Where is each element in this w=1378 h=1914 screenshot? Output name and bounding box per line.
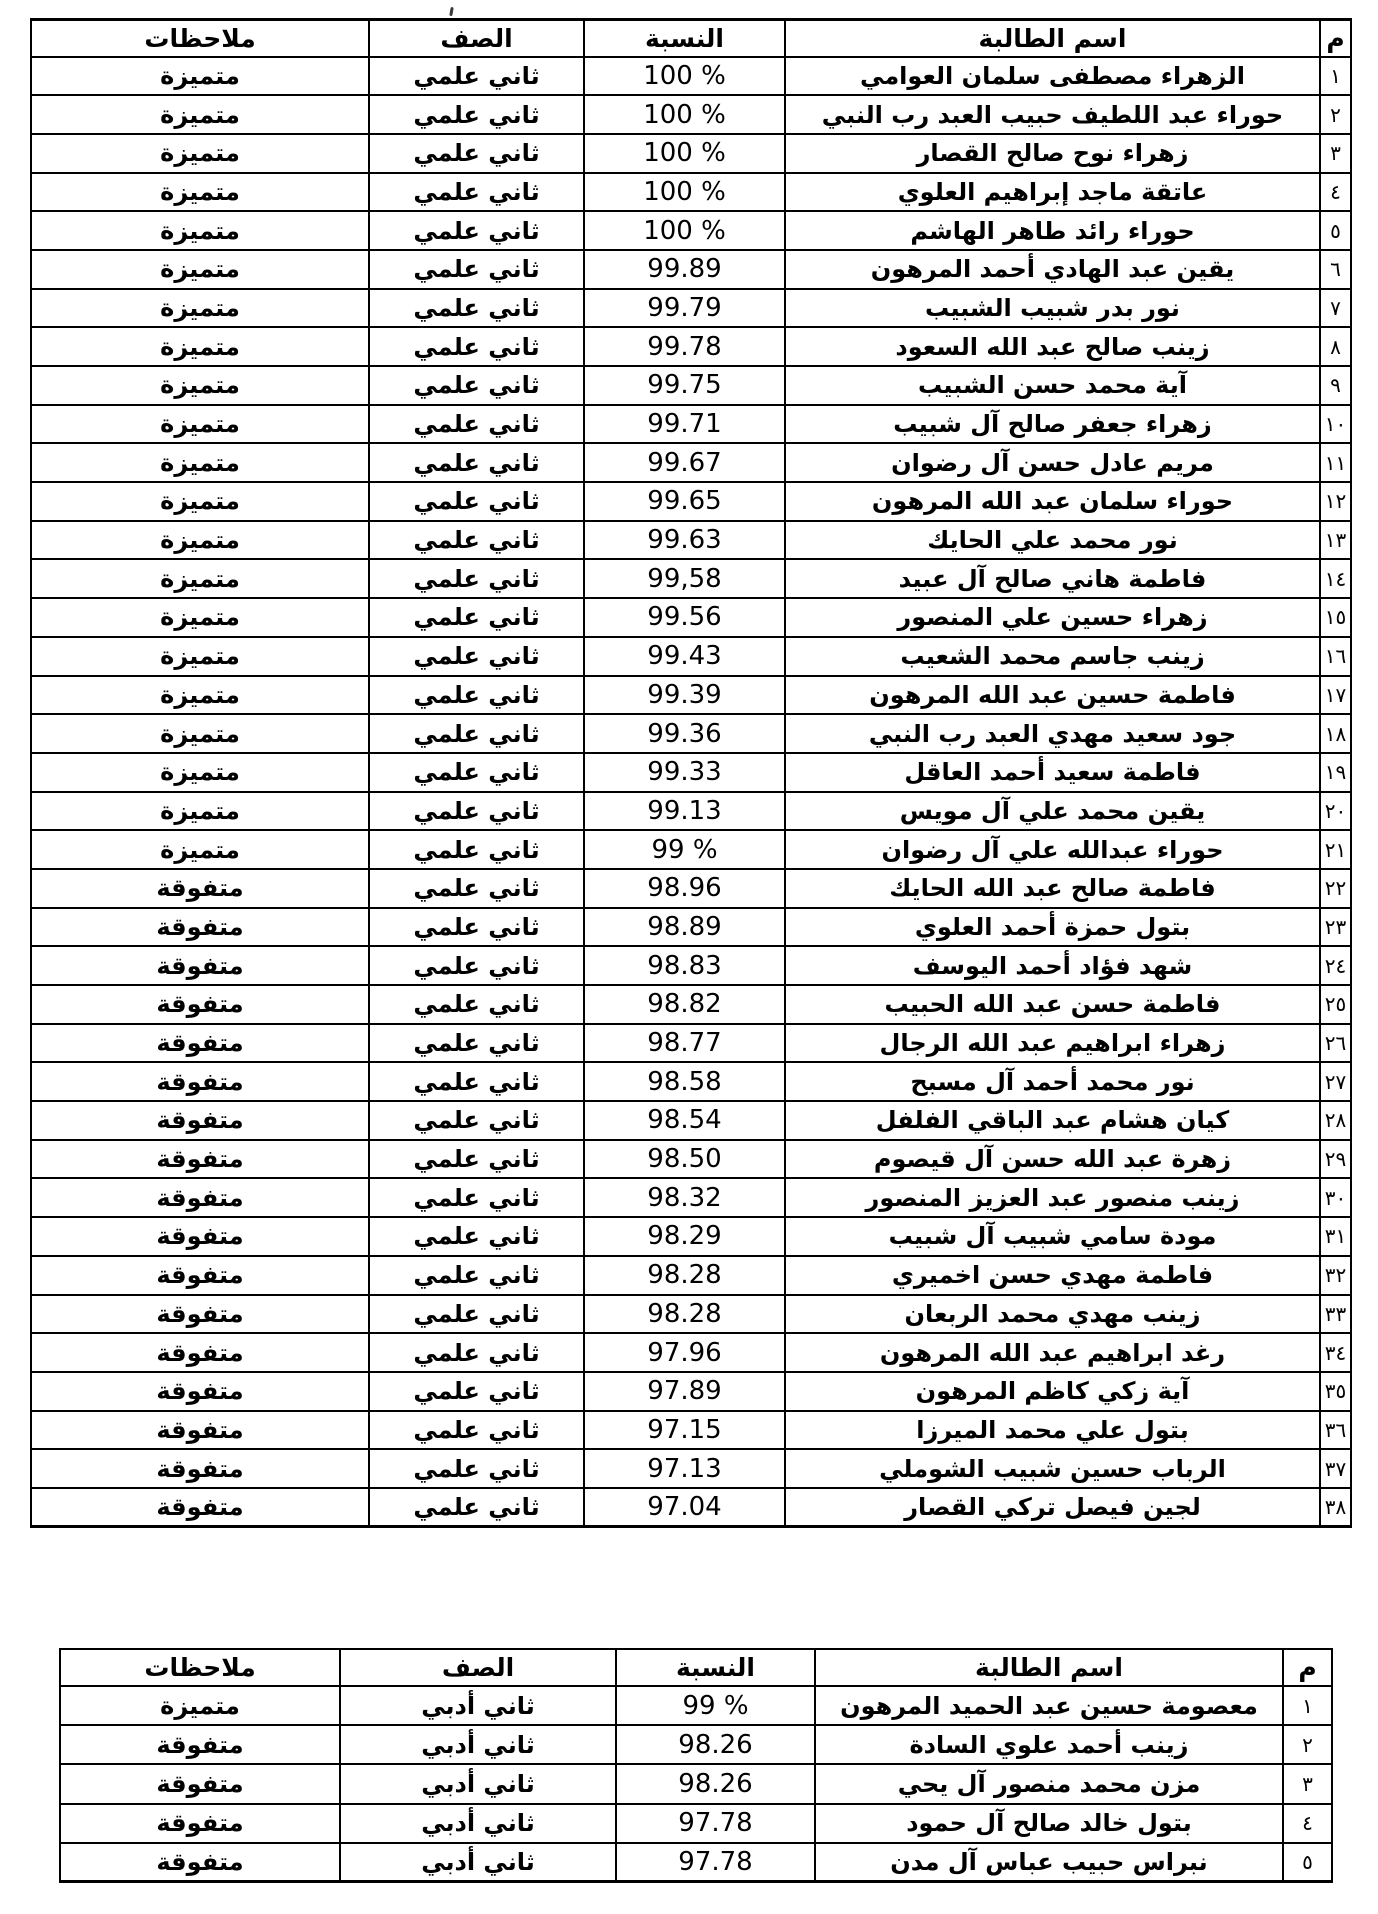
class-cell: ثاني علمي (369, 1062, 584, 1101)
header-row: م اسم الطالبة النسبة الصف ملاحظات (60, 1649, 1332, 1686)
table-row: ٢٨كيان هشام عبد الباقي الفلفل98.54ثاني ع… (31, 1101, 1351, 1140)
student-name-cell: آية زكي كاظم المرهون (785, 1372, 1320, 1411)
table-row: ٣٤رغد ابراهيم عبد الله المرهون97.96ثاني … (31, 1333, 1351, 1372)
notes-cell: متميزة (31, 289, 369, 328)
class-cell: ثاني علمي (369, 289, 584, 328)
percent-cell: 97.78 (616, 1843, 815, 1882)
header-class: الصف (340, 1649, 616, 1686)
percent-cell: 98.96 (584, 869, 785, 908)
percent-cell: 99.71 (584, 405, 785, 444)
table-row: ٣٠زينب منصور عبد العزيز المنصور98.32ثاني… (31, 1178, 1351, 1217)
notes-cell: متفوقة (60, 1843, 340, 1882)
notes-cell: متميزة (31, 830, 369, 869)
class-cell: ثاني علمي (369, 443, 584, 482)
student-name-cell: حوراء رائد طاهر الهاشم (785, 211, 1320, 250)
row-number-cell: ٥ (1283, 1843, 1332, 1882)
student-name-cell: فاطمة هاني صالح آل عبيد (785, 559, 1320, 598)
row-number-cell: ٢٣ (1320, 908, 1351, 947)
table-header: م اسم الطالبة النسبة الصف ملاحظات (60, 1649, 1332, 1686)
notes-cell: متميزة (31, 250, 369, 289)
student-name-cell: حوراء سلمان عبد الله المرهون (785, 482, 1320, 521)
percent-cell: 99.43 (584, 637, 785, 676)
student-name-cell: عاتقة ماجد إبراهيم العلوي (785, 173, 1320, 212)
notes-cell: متفوقة (31, 1449, 369, 1488)
table-row: ٤بتول خالد صالح آل حمود97.78ثاني أدبيمتف… (60, 1804, 1332, 1843)
class-cell: ثاني علمي (369, 637, 584, 676)
class-cell: ثاني علمي (369, 1024, 584, 1063)
student-name-cell: نور محمد علي الحايك (785, 521, 1320, 560)
student-name-cell: كيان هشام عبد الباقي الفلفل (785, 1101, 1320, 1140)
class-cell: ثاني علمي (369, 250, 584, 289)
student-name-cell: يقين عبد الهادي أحمد المرهون (785, 250, 1320, 289)
table-header: م اسم الطالبة النسبة الصف ملاحظات (31, 20, 1351, 57)
row-number-cell: ٢٧ (1320, 1062, 1351, 1101)
row-number-cell: ٢٢ (1320, 869, 1351, 908)
class-cell: ثاني علمي (369, 95, 584, 134)
student-name-cell: نور محمد أحمد آل مسبح (785, 1062, 1320, 1101)
row-number-cell: ٣٢ (1320, 1256, 1351, 1295)
percent-cell: 98.32 (584, 1178, 785, 1217)
percent-cell: 98.50 (584, 1140, 785, 1179)
table-row: ١٠زهراء جعفر صالح آل شبيب99.71ثاني علميم… (31, 405, 1351, 444)
notes-cell: متفوقة (31, 1372, 369, 1411)
notes-cell: متفوقة (31, 1411, 369, 1450)
row-number-cell: ٢١ (1320, 830, 1351, 869)
class-cell: ثاني علمي (369, 830, 584, 869)
class-cell: ثاني أدبي (340, 1804, 616, 1843)
student-name-cell: معصومة حسين عبد الحميد المرهون (815, 1686, 1283, 1725)
row-number-cell: ١١ (1320, 443, 1351, 482)
percent-cell: 97.89 (584, 1372, 785, 1411)
row-number-cell: ٣٤ (1320, 1333, 1351, 1372)
notes-cell: متميزة (31, 366, 369, 405)
row-number-cell: ٢٤ (1320, 946, 1351, 985)
notes-cell: متميزة (31, 57, 369, 96)
class-cell: ثاني علمي (369, 908, 584, 947)
row-number-cell: ٤ (1320, 173, 1351, 212)
percent-cell: 98.83 (584, 946, 785, 985)
table-row: ١الزهراء مصطفى سلمان العوامي100 %ثاني عل… (31, 57, 1351, 96)
notes-cell: متفوقة (31, 1488, 369, 1527)
table-body: ١الزهراء مصطفى سلمان العوامي100 %ثاني عل… (31, 57, 1351, 1527)
class-cell: ثاني علمي (369, 1217, 584, 1256)
percent-cell: 98.54 (584, 1101, 785, 1140)
percent-cell: 97.04 (584, 1488, 785, 1527)
student-name-cell: زهراء جعفر صالح آل شبيب (785, 405, 1320, 444)
student-name-cell: الزهراء مصطفى سلمان العوامي (785, 57, 1320, 96)
row-number-cell: ١ (1320, 57, 1351, 96)
document-page: { "tables": [ { "section": "science", "h… (0, 0, 1378, 1914)
table-row: ٣٧الرباب حسين شبيب الشوملي97.13ثاني علمي… (31, 1449, 1351, 1488)
student-name-cell: آية محمد حسن الشبيب (785, 366, 1320, 405)
student-name-cell: فاطمة مهدي حسن اخميري (785, 1256, 1320, 1295)
class-cell: ثاني علمي (369, 1295, 584, 1334)
class-cell: ثاني أدبي (340, 1764, 616, 1803)
percent-cell: 99.89 (584, 250, 785, 289)
percent-cell: 98.58 (584, 1062, 785, 1101)
table-row: ٢٣بتول حمزة أحمد العلوي98.89ثاني علميمتف… (31, 908, 1351, 947)
class-cell: ثاني أدبي (340, 1686, 616, 1725)
table-row: ١١مريم عادل حسن آل رضوان99.67ثاني علميمت… (31, 443, 1351, 482)
row-number-cell: ١٨ (1320, 714, 1351, 753)
student-name-cell: جود سعيد مهدي العبد رب النبي (785, 714, 1320, 753)
student-name-cell: زهراء حسين علي المنصور (785, 598, 1320, 637)
class-cell: ثاني علمي (369, 792, 584, 831)
row-number-cell: ١٥ (1320, 598, 1351, 637)
row-number-cell: ٢ (1283, 1725, 1332, 1764)
percent-cell: 100 % (584, 134, 785, 173)
header-percent: النسبة (584, 20, 785, 57)
student-name-cell: رغد ابراهيم عبد الله المرهون (785, 1333, 1320, 1372)
percent-cell: 98.26 (616, 1764, 815, 1803)
notes-cell: متفوقة (31, 1024, 369, 1063)
notes-cell: متميزة (31, 173, 369, 212)
table-row: ٣٦بتول علي محمد الميرزا97.15ثاني علميمتف… (31, 1411, 1351, 1450)
student-name-cell: فاطمة حسين عبد الله المرهون (785, 676, 1320, 715)
class-cell: ثاني علمي (369, 559, 584, 598)
row-number-cell: ٣٥ (1320, 1372, 1351, 1411)
notes-cell: متميزة (31, 598, 369, 637)
grades-table-science-section: م اسم الطالبة النسبة الصف ملاحظات ١الزهر… (30, 18, 1352, 1528)
notes-cell: متفوقة (31, 1217, 369, 1256)
table-row: ١٩فاطمة سعيد أحمد العاقل99.33ثاني علميمت… (31, 753, 1351, 792)
notes-cell: متميزة (31, 559, 369, 598)
student-name-cell: نبراس حبيب عباس آل مدن (815, 1843, 1283, 1882)
percent-cell: 99.56 (584, 598, 785, 637)
student-name-cell: زينب صالح عبد الله السعود (785, 327, 1320, 366)
percent-cell: 99.33 (584, 753, 785, 792)
table-body: ١معصومة حسين عبد الحميد المرهون99 %ثاني … (60, 1686, 1332, 1882)
header-notes: ملاحظات (31, 20, 369, 57)
table-row: ٢حوراء عبد اللطيف حبيب العبد رب النبي100… (31, 95, 1351, 134)
row-number-cell: ٧ (1320, 289, 1351, 328)
class-cell: ثاني علمي (369, 1411, 584, 1450)
notes-cell: متفوقة (31, 1256, 369, 1295)
student-name-cell: بتول علي محمد الميرزا (785, 1411, 1320, 1450)
class-cell: ثاني أدبي (340, 1725, 616, 1764)
notes-cell: متميزة (31, 714, 369, 753)
table-row: ٢زينب أحمد علوي السادة98.26ثاني أدبيمتفو… (60, 1725, 1332, 1764)
row-number-cell: ١٣ (1320, 521, 1351, 560)
table-row: ٣٥آية زكي كاظم المرهون97.89ثاني علميمتفو… (31, 1372, 1351, 1411)
row-number-cell: ١ (1283, 1686, 1332, 1725)
class-cell: ثاني علمي (369, 1333, 584, 1372)
header-number: م (1283, 1649, 1332, 1686)
student-name-cell: بتول خالد صالح آل حمود (815, 1804, 1283, 1843)
percent-cell: 98.77 (584, 1024, 785, 1063)
header-student-name: اسم الطالبة (785, 20, 1320, 57)
class-cell: ثاني علمي (369, 327, 584, 366)
student-name-cell: شهد فؤاد أحمد اليوسف (785, 946, 1320, 985)
percent-cell: 97.13 (584, 1449, 785, 1488)
student-name-cell: زهرة عبد الله حسن آل قيصوم (785, 1140, 1320, 1179)
notes-cell: متفوقة (31, 946, 369, 985)
row-number-cell: ١٠ (1320, 405, 1351, 444)
class-cell: ثاني علمي (369, 869, 584, 908)
percent-cell: 99 % (616, 1686, 815, 1725)
notes-cell: متميزة (31, 637, 369, 676)
table-row: ٧نور بدر شبيب الشبيب99.79ثاني علميمتميزة (31, 289, 1351, 328)
student-name-cell: فاطمة حسن عبد الله الحبيب (785, 985, 1320, 1024)
notes-cell: متميزة (60, 1686, 340, 1725)
grades-table-literary-section: م اسم الطالبة النسبة الصف ملاحظات ١معصوم… (59, 1648, 1333, 1883)
notes-cell: متميزة (31, 482, 369, 521)
class-cell: ثاني علمي (369, 1101, 584, 1140)
percent-cell: 100 % (584, 95, 785, 134)
row-number-cell: ٥ (1320, 211, 1351, 250)
row-number-cell: ٣٣ (1320, 1295, 1351, 1334)
notes-cell: متفوقة (60, 1725, 340, 1764)
percent-cell: 100 % (584, 173, 785, 212)
class-cell: ثاني علمي (369, 1256, 584, 1295)
student-name-cell: فاطمة صالح عبد الله الحايك (785, 869, 1320, 908)
table-row: ٩آية محمد حسن الشبيب99.75ثاني علميمتميزة (31, 366, 1351, 405)
notes-cell: متميزة (31, 327, 369, 366)
table-row: ٣مزن محمد منصور آل يحي98.26ثاني أدبيمتفو… (60, 1764, 1332, 1803)
row-number-cell: ٢ (1320, 95, 1351, 134)
row-number-cell: ٣٧ (1320, 1449, 1351, 1488)
percent-cell: 98.89 (584, 908, 785, 947)
row-number-cell: ٤ (1283, 1804, 1332, 1843)
table-row: ٥نبراس حبيب عباس آل مدن97.78ثاني أدبيمتف… (60, 1843, 1332, 1882)
percent-cell: 99,58 (584, 559, 785, 598)
table-row: ٢٩زهرة عبد الله حسن آل قيصوم98.50ثاني عل… (31, 1140, 1351, 1179)
notes-cell: متفوقة (31, 985, 369, 1024)
notes-cell: متفوقة (31, 1295, 369, 1334)
table-row: ٣٣زينب مهدي محمد الربعان98.28ثاني علميمت… (31, 1295, 1351, 1334)
table-row: ٦يقين عبد الهادي أحمد المرهون99.89ثاني ع… (31, 250, 1351, 289)
notes-cell: متميزة (31, 443, 369, 482)
notes-cell: متميزة (31, 676, 369, 715)
row-number-cell: ٣٦ (1320, 1411, 1351, 1450)
notes-cell: متفوقة (31, 1140, 369, 1179)
percent-cell: 99.78 (584, 327, 785, 366)
notes-cell: متميزة (31, 405, 369, 444)
student-name-cell: حوراء عبدالله علي آل رضوان (785, 830, 1320, 869)
student-name-cell: زهراء ابراهيم عبد الله الرجال (785, 1024, 1320, 1063)
table-row: ٣٢فاطمة مهدي حسن اخميري98.28ثاني علميمتف… (31, 1256, 1351, 1295)
class-cell: ثاني علمي (369, 211, 584, 250)
student-name-cell: مريم عادل حسن آل رضوان (785, 443, 1320, 482)
percent-cell: 97.96 (584, 1333, 785, 1372)
percent-cell: 99.79 (584, 289, 785, 328)
class-cell: ثاني علمي (369, 173, 584, 212)
percent-cell: 99.75 (584, 366, 785, 405)
table-row: ١٣نور محمد علي الحايك99.63ثاني علميمتميز… (31, 521, 1351, 560)
percent-cell: 99.63 (584, 521, 785, 560)
header-number: م (1320, 20, 1351, 57)
table-row: ١معصومة حسين عبد الحميد المرهون99 %ثاني … (60, 1686, 1332, 1725)
row-number-cell: ٢٦ (1320, 1024, 1351, 1063)
row-number-cell: ١٢ (1320, 482, 1351, 521)
table-row: ٢٢فاطمة صالح عبد الله الحايك98.96ثاني عل… (31, 869, 1351, 908)
student-name-cell: يقين محمد علي آل مويس (785, 792, 1320, 831)
class-cell: ثاني علمي (369, 1372, 584, 1411)
class-cell: ثاني علمي (369, 1488, 584, 1527)
table-row: ٢٧نور محمد أحمد آل مسبح98.58ثاني علميمتف… (31, 1062, 1351, 1101)
student-name-cell: مزن محمد منصور آل يحي (815, 1764, 1283, 1803)
percent-cell: 99.36 (584, 714, 785, 753)
table-row: ١٥زهراء حسين علي المنصور99.56ثاني علميمت… (31, 598, 1351, 637)
percent-cell: 97.78 (616, 1804, 815, 1843)
header-class: الصف (369, 20, 584, 57)
notes-cell: متميزة (31, 521, 369, 560)
notes-cell: متميزة (31, 211, 369, 250)
student-name-cell: حوراء عبد اللطيف حبيب العبد رب النبي (785, 95, 1320, 134)
class-cell: ثاني علمي (369, 134, 584, 173)
percent-cell: 98.26 (616, 1725, 815, 1764)
class-cell: ثاني علمي (369, 366, 584, 405)
percent-cell: 99.65 (584, 482, 785, 521)
class-cell: ثاني علمي (369, 405, 584, 444)
header-row: م اسم الطالبة النسبة الصف ملاحظات (31, 20, 1351, 57)
table-row: ٨زينب صالح عبد الله السعود99.78ثاني علمي… (31, 327, 1351, 366)
header-student-name: اسم الطالبة (815, 1649, 1283, 1686)
student-name-cell: زينب منصور عبد العزيز المنصور (785, 1178, 1320, 1217)
student-name-cell: الرباب حسين شبيب الشوملي (785, 1449, 1320, 1488)
class-cell: ثاني علمي (369, 985, 584, 1024)
student-name-cell: فاطمة سعيد أحمد العاقل (785, 753, 1320, 792)
percent-cell: 99.39 (584, 676, 785, 715)
notes-cell: متميزة (31, 753, 369, 792)
row-number-cell: ٣ (1320, 134, 1351, 173)
table-row: ١٤فاطمة هاني صالح آل عبيد99,58ثاني علميم… (31, 559, 1351, 598)
row-number-cell: ٨ (1320, 327, 1351, 366)
class-cell: ثاني علمي (369, 521, 584, 560)
row-number-cell: ٢٥ (1320, 985, 1351, 1024)
class-cell: ثاني علمي (369, 714, 584, 753)
row-number-cell: ٣٨ (1320, 1488, 1351, 1527)
header-percent: النسبة (616, 1649, 815, 1686)
percent-cell: 99 % (584, 830, 785, 869)
row-number-cell: ٦ (1320, 250, 1351, 289)
class-cell: ثاني علمي (369, 753, 584, 792)
class-cell: ثاني علمي (369, 482, 584, 521)
notes-cell: متفوقة (60, 1804, 340, 1843)
student-name-cell: زينب جاسم محمد الشعيب (785, 637, 1320, 676)
stray-ink-mark (449, 7, 454, 16)
row-number-cell: ٢٠ (1320, 792, 1351, 831)
table-row: ٢١حوراء عبدالله علي آل رضوان99 %ثاني علم… (31, 830, 1351, 869)
percent-cell: 98.82 (584, 985, 785, 1024)
row-number-cell: ٢٩ (1320, 1140, 1351, 1179)
row-number-cell: ١٧ (1320, 676, 1351, 715)
notes-cell: متفوقة (31, 1101, 369, 1140)
row-number-cell: ٣١ (1320, 1217, 1351, 1256)
table-row: ٣زهراء نوح صالح القصار100 %ثاني علميمتمي… (31, 134, 1351, 173)
class-cell: ثاني علمي (369, 57, 584, 96)
header-notes: ملاحظات (60, 1649, 340, 1686)
percent-cell: 98.28 (584, 1256, 785, 1295)
student-name-cell: لجين فيصل تركي القصار (785, 1488, 1320, 1527)
row-number-cell: ٩ (1320, 366, 1351, 405)
table-row: ١٨جود سعيد مهدي العبد رب النبي99.36ثاني … (31, 714, 1351, 753)
table-row: ١٦زينب جاسم محمد الشعيب99.43ثاني علميمتم… (31, 637, 1351, 676)
notes-cell: متفوقة (31, 869, 369, 908)
row-number-cell: ٢٨ (1320, 1101, 1351, 1140)
notes-cell: متميزة (31, 134, 369, 173)
table-row: ٣٨لجين فيصل تركي القصار97.04ثاني علميمتف… (31, 1488, 1351, 1527)
table-row: ٤عاتقة ماجد إبراهيم العلوي100 %ثاني علمي… (31, 173, 1351, 212)
student-name-cell: مودة سامي شبيب آل شبيب (785, 1217, 1320, 1256)
class-cell: ثاني علمي (369, 676, 584, 715)
class-cell: ثاني علمي (369, 1178, 584, 1217)
row-number-cell: ١٤ (1320, 559, 1351, 598)
row-number-cell: ١٩ (1320, 753, 1351, 792)
notes-cell: متفوقة (60, 1764, 340, 1803)
row-number-cell: ٣٠ (1320, 1178, 1351, 1217)
percent-cell: 100 % (584, 211, 785, 250)
notes-cell: متفوقة (31, 1178, 369, 1217)
notes-cell: متفوقة (31, 908, 369, 947)
class-cell: ثاني علمي (369, 1449, 584, 1488)
percent-cell: 97.15 (584, 1411, 785, 1450)
table-row: ١٧فاطمة حسين عبد الله المرهون99.39ثاني ع… (31, 676, 1351, 715)
row-number-cell: ٣ (1283, 1764, 1332, 1803)
class-cell: ثاني علمي (369, 1140, 584, 1179)
percent-cell: 98.28 (584, 1295, 785, 1334)
student-name-cell: زينب مهدي محمد الربعان (785, 1295, 1320, 1334)
notes-cell: متميزة (31, 95, 369, 134)
table-row: ٢٥فاطمة حسن عبد الله الحبيب98.82ثاني علم… (31, 985, 1351, 1024)
row-number-cell: ١٦ (1320, 637, 1351, 676)
student-name-cell: زينب أحمد علوي السادة (815, 1725, 1283, 1764)
class-cell: ثاني علمي (369, 598, 584, 637)
notes-cell: متفوقة (31, 1062, 369, 1101)
student-name-cell: بتول حمزة أحمد العلوي (785, 908, 1320, 947)
table-row: ٢٦زهراء ابراهيم عبد الله الرجال98.77ثاني… (31, 1024, 1351, 1063)
student-name-cell: زهراء نوح صالح القصار (785, 134, 1320, 173)
percent-cell: 99.13 (584, 792, 785, 831)
percent-cell: 98.29 (584, 1217, 785, 1256)
table-row: ٣١مودة سامي شبيب آل شبيب98.29ثاني علميمت… (31, 1217, 1351, 1256)
percent-cell: 100 % (584, 57, 785, 96)
class-cell: ثاني أدبي (340, 1843, 616, 1882)
table-row: ٢٤شهد فؤاد أحمد اليوسف98.83ثاني علميمتفو… (31, 946, 1351, 985)
class-cell: ثاني علمي (369, 946, 584, 985)
student-name-cell: نور بدر شبيب الشبيب (785, 289, 1320, 328)
percent-cell: 99.67 (584, 443, 785, 482)
notes-cell: متميزة (31, 792, 369, 831)
notes-cell: متفوقة (31, 1333, 369, 1372)
table-row: ٥حوراء رائد طاهر الهاشم100 %ثاني علميمتم… (31, 211, 1351, 250)
table-row: ٢٠يقين محمد علي آل مويس99.13ثاني علميمتم… (31, 792, 1351, 831)
table-row: ١٢حوراء سلمان عبد الله المرهون99.65ثاني … (31, 482, 1351, 521)
